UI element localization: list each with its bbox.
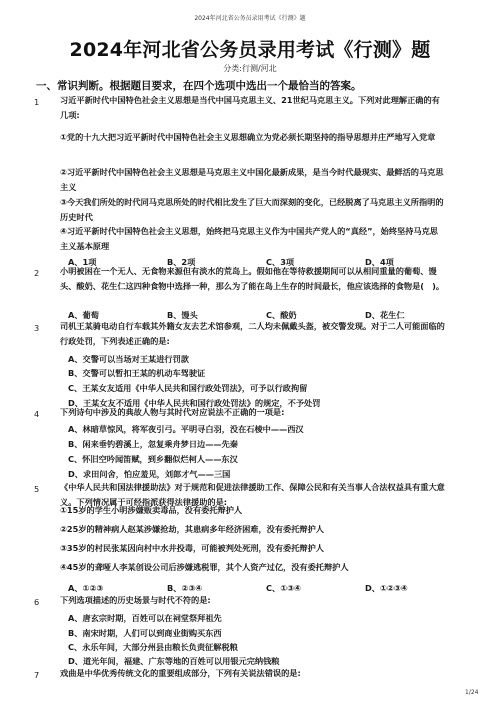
option-b[interactable]: B、交警可以暂扣王某的机动车驾驶证 bbox=[68, 368, 205, 379]
question-number: 7 bbox=[34, 670, 39, 680]
question-number: 1 bbox=[34, 97, 39, 107]
statement-4: ④习近平新时代中国特色社会主义思想，始终把马克思主义作为中国共产党人的“真经”，… bbox=[60, 224, 445, 253]
document-category: 分类:行测/河北 bbox=[0, 63, 500, 74]
question-stem: 习近平新时代中国特色社会主义思想是当代中国马克思主义、21世纪马克思主义。下列对… bbox=[60, 93, 445, 122]
statement-3: ③今天我们所处的时代同马克思所处的时代相比发生了巨大而深刻的变化，已经脱离了马克… bbox=[60, 195, 445, 224]
option-d[interactable]: D、求田问舍，怕应羞见，刘郎才气——三国 bbox=[68, 469, 230, 480]
option-a[interactable]: A、唐玄宗时期，百姓可以在祠堂祭拜祖先 bbox=[68, 613, 222, 624]
option-c[interactable]: C、永乐年间，大部分州县由粮长负责征解税粮 bbox=[68, 642, 238, 653]
question-number: 2 bbox=[34, 268, 39, 278]
statement-1: ①15岁的学生小明涉嫌贩卖毒品，没有委托辩护人 bbox=[60, 503, 445, 518]
question-stem: 下列选项描述的历史场景与时代不符的是: bbox=[60, 593, 445, 608]
question-stem: 司机王某骑电动自行车载其外籍女友去艺术馆参观，二人均未佩戴头盔，被交警发现。对于… bbox=[60, 319, 445, 348]
page-number: 1/24 bbox=[465, 689, 478, 696]
option-c[interactable]: C、怀旧空吟闻笛赋，到乡翻似烂柯人——东汉 bbox=[68, 454, 238, 465]
question-number: 6 bbox=[34, 597, 39, 607]
running-header: 2024年河北省公务员录用考试《行测》题 bbox=[0, 13, 500, 22]
option-a[interactable]: A、交警可以当场对王某进行罚款 bbox=[68, 354, 189, 365]
question-stem: 戏曲是中华优秀传统文化的重要组成部分，下列有关说法错误的是: bbox=[60, 666, 445, 681]
statement-2: ②25岁的精神病人赵某涉嫌抢劫，其患病多年经济困难，没有委托辩护人 bbox=[60, 522, 445, 537]
statement-3: ③35岁的村民张某因向村中水井投毒，可能被判处死刑，没有委托辩护人 bbox=[60, 541, 445, 556]
question-stem: 下列诗句中涉及的典故人物与其时代对应说法不正确的一项是: bbox=[60, 405, 445, 420]
option-b[interactable]: B、南宋时期，人们可以到商业街购买东西 bbox=[68, 628, 222, 639]
question-number: 3 bbox=[34, 323, 39, 333]
document-title: 2024年河北省公务员录用考试《行测》题 bbox=[0, 35, 500, 62]
option-a[interactable]: A、林暗草惊风，将军夜引弓。平明寻白羽，没在石棱中——西汉 bbox=[68, 424, 304, 435]
statement-1: ①党的十九大把习近平新时代中国特色社会主义思想确立为党必须长期坚持的指导思想并庄… bbox=[60, 130, 445, 145]
option-b[interactable]: B、闲来垂钓碧溪上，忽复乘舟梦日边——先秦 bbox=[68, 439, 238, 450]
option-c[interactable]: C、王某女友适用《中华人民共和国行政处罚法》，可予以行政拘留 bbox=[68, 383, 307, 394]
question-number: 4 bbox=[34, 409, 39, 419]
question-stem: 小明被困在一个无人、无食物来源但有淡水的荒岛上。假如他在等待救援期间可以从相同重… bbox=[60, 264, 445, 293]
question-number: 5 bbox=[34, 484, 39, 494]
section-heading: 一、常识判断。根据题目要求，在四个选项中选出一个最恰当的答案。 bbox=[36, 78, 362, 93]
statement-2: ②习近平新时代中国特色社会主义思想是马克思主义中国化最新成果，是当今时代最现实、… bbox=[60, 165, 445, 194]
statement-4: ④45岁的聋哑人李某创设公司后涉嫌逃税罪，其个人资产过亿，没有委托辩护人 bbox=[60, 560, 445, 575]
